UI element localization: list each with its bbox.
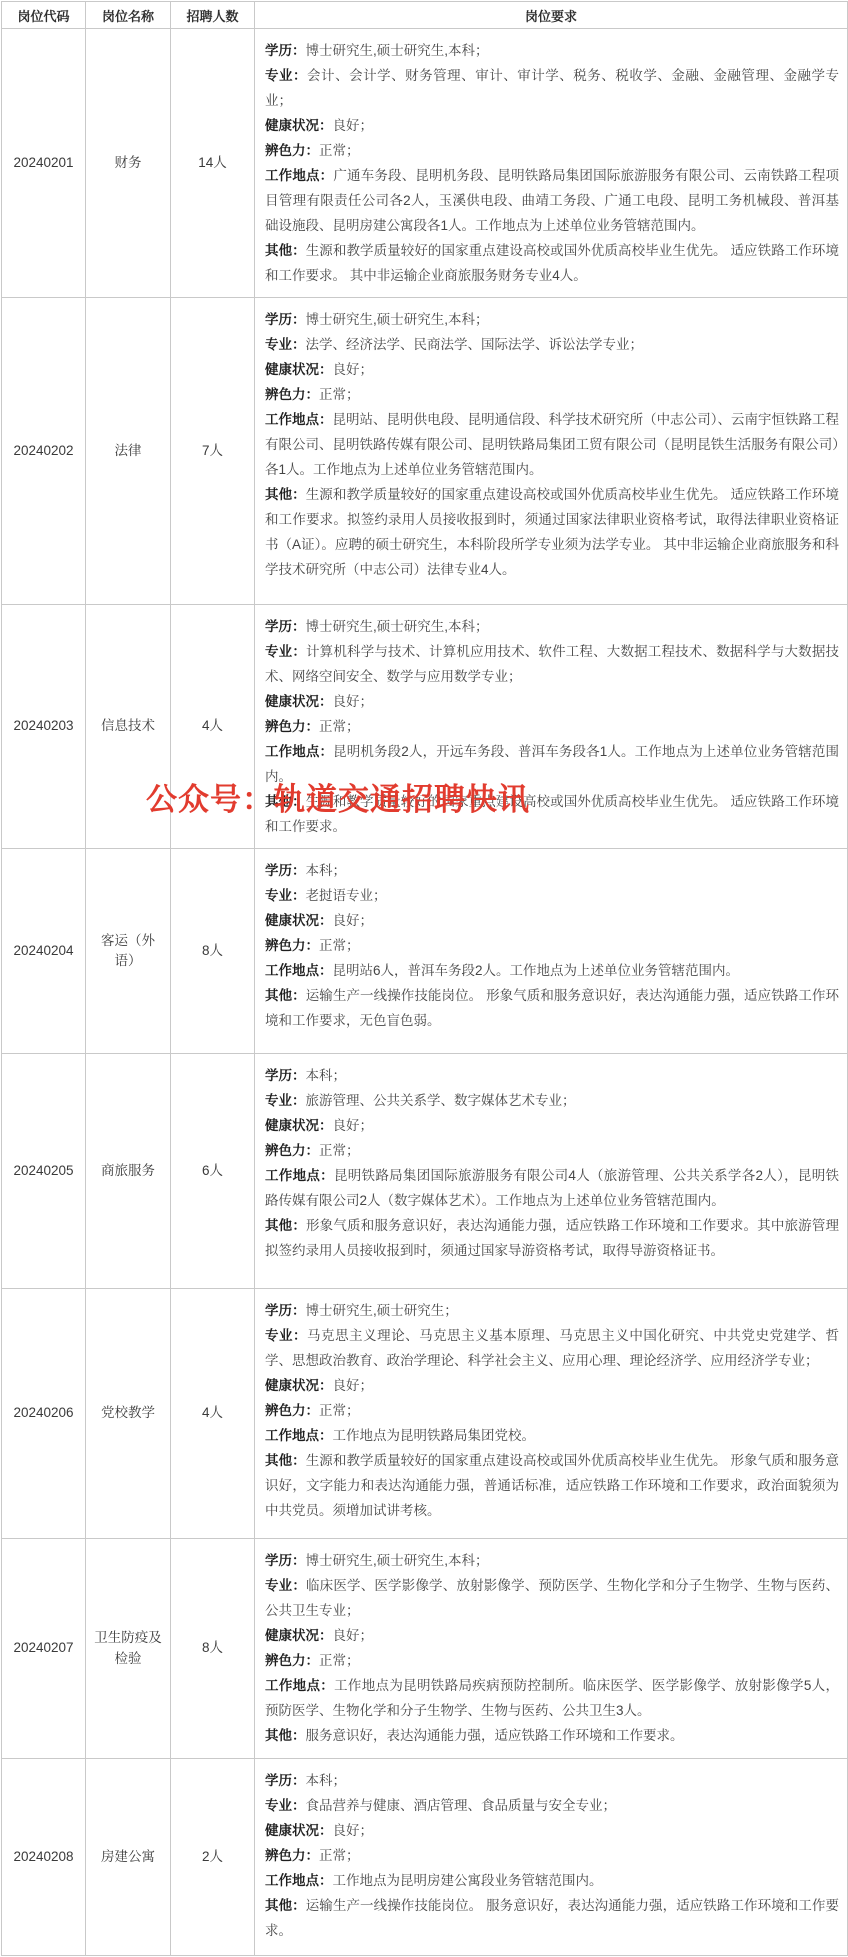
header-cell-requirements: 岗位要求	[255, 2, 848, 29]
requirement-line: 学历：博士研究生,硕士研究生,本科；	[265, 1548, 839, 1573]
requirement-line: 学历：本科；	[265, 1768, 839, 1793]
requirement-text: 昆明站、昆明供电段、昆明通信段、科学技术研究所（中志公司）、云南宇恒铁路工程有限…	[265, 412, 839, 477]
recruitment-notice-page: 岗位代码 岗位名称 招聘人数 岗位要求 20240201 财务 14人 学历：博…	[0, 0, 848, 1957]
cell-position-name: 信息技术	[86, 605, 171, 849]
cell-position-name: 党校教学	[86, 1289, 171, 1539]
requirement-label: 工作地点：	[265, 1428, 333, 1443]
requirement-text: 工作地点为昆明铁路局疾病预防控制所。临床医学、医学影像学、放射影像学5人，预防医…	[265, 1678, 839, 1718]
table-row: 20240203 信息技术 4人 学历：博士研究生,硕士研究生,本科； 专业：计…	[2, 605, 848, 849]
table-row: 20240201 财务 14人 学历：博士研究生,硕士研究生,本科； 专业：会计…	[2, 29, 848, 298]
cell-recruit-count: 4人	[171, 605, 255, 849]
requirement-label: 专业：	[265, 337, 306, 352]
requirement-line: 健康状况：良好；	[265, 908, 839, 933]
requirement-text: 计算机科学与技术、计算机应用技术、软件工程、大数据工程技术、数据科学与大数据技术…	[265, 644, 839, 684]
requirement-text: 良好；	[333, 694, 374, 709]
cell-recruit-count: 8人	[171, 1539, 255, 1759]
requirement-label: 工作地点：	[265, 1168, 334, 1183]
requirement-label: 学历：	[265, 863, 306, 878]
cell-position-code: 20240201	[2, 29, 86, 298]
cell-requirements: 学历：博士研究生,硕士研究生,本科； 专业：会计、会计学、财务管理、审计、审计学…	[255, 29, 848, 298]
requirement-label: 辨色力：	[265, 387, 319, 402]
requirement-line: 其他：服务意识好，表达沟通能力强，适应铁路工作环境和工作要求。	[265, 1723, 839, 1748]
requirement-line: 工作地点：昆明机务段2人，开远车务段、普洱车务段各1人。工作地点为上述单位业务管…	[265, 739, 839, 789]
cell-position-name: 财务	[86, 29, 171, 298]
requirement-text: 正常；	[319, 1848, 360, 1863]
requirement-label: 专业：	[265, 1578, 306, 1593]
requirement-line: 专业：会计、会计学、财务管理、审计、审计学、税务、税收学、金融、金融管理、金融学…	[265, 63, 839, 113]
requirement-line: 专业：临床医学、医学影像学、放射影像学、预防医学、生物化学和分子生物学、生物与医…	[265, 1573, 839, 1623]
requirement-label: 其他：	[265, 1898, 306, 1913]
cell-requirements: 学历：本科； 专业：食品营养与健康、酒店管理、食品质量与安全专业； 健康状况：良…	[255, 1759, 848, 1956]
requirement-text: 本科；	[306, 863, 347, 878]
requirement-text: 工作地点为昆明铁路局集团党校。	[333, 1428, 536, 1443]
requirement-text: 良好；	[333, 913, 374, 928]
cell-position-name: 法律	[86, 298, 171, 605]
requirement-text: 博士研究生,硕士研究生；	[306, 1303, 458, 1318]
recruitment-table: 岗位代码 岗位名称 招聘人数 岗位要求 20240201 财务 14人 学历：博…	[1, 1, 848, 1956]
requirement-label: 专业：	[265, 1798, 306, 1813]
requirement-text: 本科；	[306, 1773, 347, 1788]
requirement-text: 老挝语专业；	[306, 888, 387, 903]
requirement-text: 生源和教学质量较好的国家重点建设高校或国外优质高校毕业生优先。 适应铁路工作环境…	[265, 794, 839, 834]
requirement-text: 正常；	[319, 1403, 360, 1418]
requirement-text: 马克思主义理论、马克思主义基本原理、马克思主义中国化研究、中共党史党建学、哲学、…	[265, 1328, 839, 1368]
requirement-label: 其他：	[265, 988, 306, 1003]
requirement-label: 其他：	[265, 1728, 306, 1743]
requirement-line: 学历：博士研究生,硕士研究生,本科；	[265, 307, 839, 332]
requirement-line: 其他：生源和教学质量较好的国家重点建设高校或国外优质高校毕业生优先。 适应铁路工…	[265, 789, 839, 839]
requirement-line: 其他：生源和教学质量较好的国家重点建设高校或国外优质高校毕业生优先。 适应铁路工…	[265, 238, 839, 288]
cell-recruit-count: 6人	[171, 1054, 255, 1289]
cell-position-name: 房建公寓	[86, 1759, 171, 1956]
requirement-text: 博士研究生,硕士研究生,本科；	[306, 1553, 489, 1568]
requirement-label: 工作地点：	[265, 744, 333, 759]
requirement-text: 临床医学、医学影像学、放射影像学、预防医学、生物化学和分子生物学、生物与医药、公…	[265, 1578, 839, 1618]
cell-recruit-count: 7人	[171, 298, 255, 605]
requirement-text: 良好；	[333, 362, 374, 377]
requirement-line: 学历：本科；	[265, 858, 839, 883]
requirement-label: 健康状况：	[265, 694, 333, 709]
requirement-label: 辨色力：	[265, 938, 319, 953]
requirement-label: 其他：	[265, 794, 306, 809]
requirement-line: 辨色力：正常；	[265, 1843, 839, 1868]
header-cell-position-code: 岗位代码	[2, 2, 86, 29]
cell-position-code: 20240203	[2, 605, 86, 849]
requirement-line: 辨色力：正常；	[265, 1648, 839, 1673]
requirement-line: 专业：食品营养与健康、酒店管理、食品质量与安全专业；	[265, 1793, 839, 1818]
requirement-label: 健康状况：	[265, 1378, 333, 1393]
requirement-line: 学历：本科；	[265, 1063, 839, 1088]
requirement-label: 健康状况：	[265, 118, 333, 133]
requirement-label: 辨色力：	[265, 1143, 319, 1158]
requirement-text: 良好；	[333, 1823, 374, 1838]
requirement-label: 专业：	[265, 1328, 307, 1343]
cell-requirements: 学历：博士研究生,硕士研究生； 专业：马克思主义理论、马克思主义基本原理、马克思…	[255, 1289, 848, 1539]
requirement-line: 健康状况：良好；	[265, 1113, 839, 1138]
requirement-line: 健康状况：良好；	[265, 689, 839, 714]
cell-position-code: 20240204	[2, 849, 86, 1054]
requirement-line: 其他：形象气质和服务意识好，表达沟通能力强，适应铁路工作环境和工作要求。其中旅游…	[265, 1213, 839, 1263]
requirement-label: 学历：	[265, 1303, 306, 1318]
requirement-text: 运输生产一线操作技能岗位。 形象气质和服务意识好，表达沟通能力强，适应铁路工作环…	[265, 988, 839, 1028]
requirement-text: 运输生产一线操作技能岗位。 服务意识好，表达沟通能力强，适应铁路工作环境和工作要…	[265, 1898, 839, 1938]
requirement-label: 学历：	[265, 43, 306, 58]
requirement-line: 专业：老挝语专业；	[265, 883, 839, 908]
requirement-text: 博士研究生,硕士研究生,本科；	[306, 619, 489, 634]
cell-position-code: 20240205	[2, 1054, 86, 1289]
requirement-line: 辨色力：正常；	[265, 1398, 839, 1423]
requirement-label: 辨色力：	[265, 1403, 319, 1418]
requirement-text: 良好；	[333, 1118, 374, 1133]
requirement-label: 辨色力：	[265, 1848, 319, 1863]
table-row: 20240205 商旅服务 6人 学历：本科； 专业：旅游管理、公共关系学、数字…	[2, 1054, 848, 1289]
cell-position-code: 20240202	[2, 298, 86, 605]
requirement-label: 学历：	[265, 1773, 306, 1788]
requirement-line: 健康状况：良好；	[265, 1818, 839, 1843]
requirement-line: 学历：博士研究生,硕士研究生；	[265, 1298, 839, 1323]
requirement-text: 生源和教学质量较好的国家重点建设高校或国外优质高校毕业生优先。 适应铁路工作环境…	[265, 243, 839, 283]
requirement-text: 生源和教学质量较好的国家重点建设高校或国外优质高校毕业生优先。 适应铁路工作环境…	[265, 487, 839, 577]
requirement-text: 正常；	[319, 1143, 360, 1158]
requirement-line: 专业：旅游管理、公共关系学、数字媒体艺术专业；	[265, 1088, 839, 1113]
requirement-line: 健康状况：良好；	[265, 113, 839, 138]
cell-recruit-count: 14人	[171, 29, 255, 298]
cell-recruit-count: 8人	[171, 849, 255, 1054]
requirement-text: 昆明铁路局集团国际旅游服务有限公司4人（旅游管理、公共关系学各2人），昆明铁路传…	[265, 1168, 839, 1208]
cell-requirements: 学历：博士研究生,硕士研究生,本科； 专业：计算机科学与技术、计算机应用技术、软…	[255, 605, 848, 849]
requirement-label: 健康状况：	[265, 913, 333, 928]
requirement-label: 辨色力：	[265, 719, 319, 734]
cell-position-name: 卫生防疫及检验	[86, 1539, 171, 1759]
requirement-line: 学历：博士研究生,硕士研究生,本科；	[265, 38, 839, 63]
requirement-text: 昆明机务段2人，开远车务段、普洱车务段各1人。工作地点为上述单位业务管辖范围内。	[265, 744, 839, 784]
table-row: 20240208 房建公寓 2人 学历：本科； 专业：食品营养与健康、酒店管理、…	[2, 1759, 848, 1956]
table-row: 20240207 卫生防疫及检验 8人 学历：博士研究生,硕士研究生,本科； 专…	[2, 1539, 848, 1759]
requirement-label: 健康状况：	[265, 362, 333, 377]
requirement-label: 健康状况：	[265, 1823, 333, 1838]
header-cell-position-name: 岗位名称	[86, 2, 171, 29]
requirement-line: 辨色力：正常；	[265, 714, 839, 739]
requirement-text: 正常；	[319, 1653, 360, 1668]
cell-requirements: 学历：本科； 专业：老挝语专业； 健康状况：良好； 辨色力：正常； 工作地点：昆…	[255, 849, 848, 1054]
requirement-label: 健康状况：	[265, 1118, 333, 1133]
requirement-text: 博士研究生,硕士研究生,本科；	[306, 312, 489, 327]
requirement-line: 工作地点：工作地点为昆明房建公寓段业务管辖范围内。	[265, 1868, 839, 1893]
requirement-line: 辨色力：正常；	[265, 138, 839, 163]
requirement-line: 专业：法学、经济法学、民商法学、国际法学、诉讼法学专业；	[265, 332, 839, 357]
cell-recruit-count: 2人	[171, 1759, 255, 1956]
table-row: 20240204 客运（外语） 8人 学历：本科； 专业：老挝语专业； 健康状况…	[2, 849, 848, 1054]
requirement-label: 其他：	[265, 243, 306, 258]
requirement-line: 工作地点：昆明站6人，普洱车务段2人。工作地点为上述单位业务管辖范围内。	[265, 958, 839, 983]
header-cell-recruit-count: 招聘人数	[171, 2, 255, 29]
requirement-label: 学历：	[265, 619, 306, 634]
requirement-label: 专业：	[265, 888, 306, 903]
requirement-text: 良好；	[333, 118, 374, 133]
requirement-label: 其他：	[265, 1218, 306, 1233]
requirement-label: 学历：	[265, 312, 306, 327]
requirement-text: 良好；	[333, 1628, 374, 1643]
table-row: 20240202 法律 7人 学历：博士研究生,硕士研究生,本科； 专业：法学、…	[2, 298, 848, 605]
requirement-text: 旅游管理、公共关系学、数字媒体艺术专业；	[306, 1093, 576, 1108]
cell-requirements: 学历：博士研究生,硕士研究生,本科； 专业：法学、经济法学、民商法学、国际法学、…	[255, 298, 848, 605]
requirement-label: 工作地点：	[265, 963, 333, 978]
requirement-line: 专业：马克思主义理论、马克思主义基本原理、马克思主义中国化研究、中共党史党建学、…	[265, 1323, 839, 1373]
requirement-line: 工作地点：工作地点为昆明铁路局集团党校。	[265, 1423, 839, 1448]
cell-position-name: 商旅服务	[86, 1054, 171, 1289]
requirement-text: 正常；	[319, 143, 360, 158]
requirement-text: 昆明站6人，普洱车务段2人。工作地点为上述单位业务管辖范围内。	[333, 963, 740, 978]
requirement-text: 正常；	[319, 719, 360, 734]
requirement-label: 学历：	[265, 1553, 306, 1568]
requirement-label: 专业：	[265, 68, 307, 83]
requirement-line: 辨色力：正常；	[265, 933, 839, 958]
requirement-label: 专业：	[265, 644, 306, 659]
requirement-text: 生源和教学质量较好的国家重点建设高校或国外优质高校毕业生优先。 形象气质和服务意…	[265, 1453, 839, 1518]
requirement-line: 工作地点：工作地点为昆明铁路局疾病预防控制所。临床医学、医学影像学、放射影像学5…	[265, 1673, 839, 1723]
requirement-line: 其他：生源和教学质量较好的国家重点建设高校或国外优质高校毕业生优先。 适应铁路工…	[265, 482, 839, 582]
requirement-line: 辨色力：正常；	[265, 382, 839, 407]
cell-position-code: 20240208	[2, 1759, 86, 1956]
requirement-line: 工作地点：昆明站、昆明供电段、昆明通信段、科学技术研究所（中志公司）、云南宇恒铁…	[265, 407, 839, 482]
requirement-label: 工作地点：	[265, 1873, 333, 1888]
cell-recruit-count: 4人	[171, 1289, 255, 1539]
requirement-label: 其他：	[265, 1453, 306, 1468]
requirement-label: 其他：	[265, 487, 306, 502]
cell-requirements: 学历：博士研究生,硕士研究生,本科； 专业：临床医学、医学影像学、放射影像学、预…	[255, 1539, 848, 1759]
requirement-label: 学历：	[265, 1068, 306, 1083]
requirement-line: 健康状况：良好；	[265, 1623, 839, 1648]
requirement-text: 广通车务段、昆明机务段、昆明铁路局集团国际旅游服务有限公司、云南铁路工程项目管理…	[265, 168, 839, 233]
requirement-text: 本科；	[306, 1068, 347, 1083]
requirement-line: 辨色力：正常；	[265, 1138, 839, 1163]
requirement-text: 良好；	[333, 1378, 374, 1393]
requirement-label: 工作地点：	[265, 168, 333, 183]
requirement-text: 正常；	[319, 387, 360, 402]
requirement-label: 辨色力：	[265, 143, 319, 158]
requirement-line: 专业：计算机科学与技术、计算机应用技术、软件工程、大数据工程技术、数据科学与大数…	[265, 639, 839, 689]
cell-position-code: 20240206	[2, 1289, 86, 1539]
requirement-label: 工作地点：	[265, 412, 333, 427]
requirement-text: 正常；	[319, 938, 360, 953]
table-row: 20240206 党校教学 4人 学历：博士研究生,硕士研究生； 专业：马克思主…	[2, 1289, 848, 1539]
requirement-text: 食品营养与健康、酒店管理、食品质量与安全专业；	[306, 1798, 617, 1813]
requirement-text: 工作地点为昆明房建公寓段业务管辖范围内。	[333, 1873, 603, 1888]
requirement-line: 其他：生源和教学质量较好的国家重点建设高校或国外优质高校毕业生优先。 形象气质和…	[265, 1448, 839, 1523]
requirement-line: 学历：博士研究生,硕士研究生,本科；	[265, 614, 839, 639]
requirement-line: 健康状况：良好；	[265, 357, 839, 382]
requirement-line: 健康状况：良好；	[265, 1373, 839, 1398]
requirement-label: 辨色力：	[265, 1653, 319, 1668]
requirement-text: 法学、经济法学、民商法学、国际法学、诉讼法学专业；	[306, 337, 644, 352]
cell-position-code: 20240207	[2, 1539, 86, 1759]
requirement-label: 专业：	[265, 1093, 306, 1108]
table-header-row: 岗位代码 岗位名称 招聘人数 岗位要求	[2, 2, 848, 29]
requirement-line: 其他：运输生产一线操作技能岗位。 服务意识好，表达沟通能力强，适应铁路工作环境和…	[265, 1893, 839, 1943]
cell-position-name: 客运（外语）	[86, 849, 171, 1054]
cell-requirements: 学历：本科； 专业：旅游管理、公共关系学、数字媒体艺术专业； 健康状况：良好； …	[255, 1054, 848, 1289]
requirement-text: 形象气质和服务意识好，表达沟通能力强，适应铁路工作环境和工作要求。其中旅游管理拟…	[265, 1218, 839, 1258]
requirement-line: 其他：运输生产一线操作技能岗位。 形象气质和服务意识好，表达沟通能力强，适应铁路…	[265, 983, 839, 1033]
requirement-line: 工作地点：广通车务段、昆明机务段、昆明铁路局集团国际旅游服务有限公司、云南铁路工…	[265, 163, 839, 238]
requirement-line: 工作地点：昆明铁路局集团国际旅游服务有限公司4人（旅游管理、公共关系学各2人），…	[265, 1163, 839, 1213]
requirement-label: 工作地点：	[265, 1678, 334, 1693]
requirement-text: 博士研究生,硕士研究生,本科；	[306, 43, 489, 58]
requirement-text: 会计、会计学、财务管理、审计、审计学、税务、税收学、金融、金融管理、金融学专业；	[265, 68, 839, 108]
requirement-text: 服务意识好，表达沟通能力强，适应铁路工作环境和工作要求。	[306, 1728, 684, 1743]
requirement-label: 健康状况：	[265, 1628, 333, 1643]
